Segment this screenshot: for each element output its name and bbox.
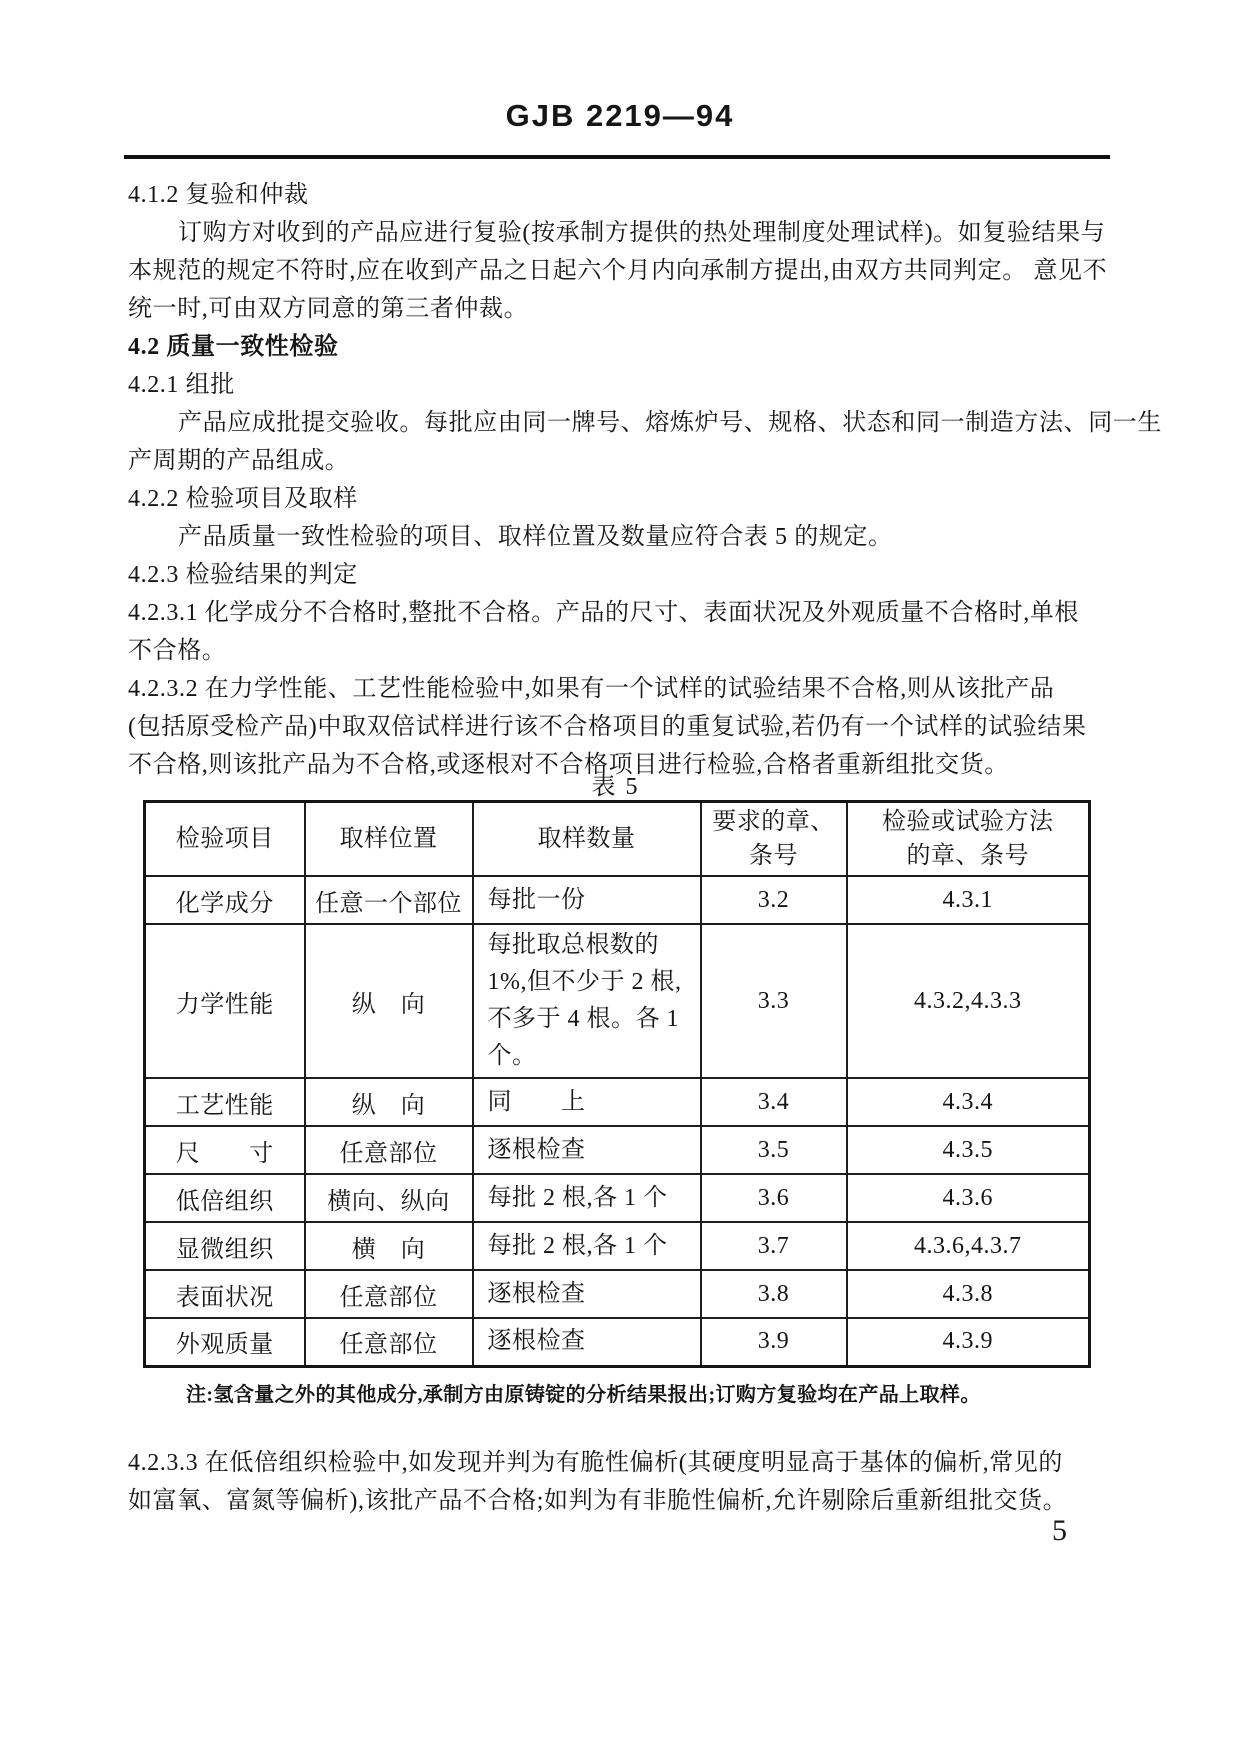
table-cell: 4.3.2,4.3.3 [847,924,1090,1078]
header-rule [124,155,1110,159]
page-number: 5 [1052,1514,1067,1548]
table-row: 尺 寸 任意部位 逐根检查 3.5 4.3.5 [145,1126,1090,1174]
clause-4232-line: 4.2.3.2 在力学性能、工艺性能检验中,如果有一个试样的试验结果不合格,则从… [128,670,1113,708]
paragraph-line: 如富氧、富氮等偏析),该批产品不合格;如判为有非脆性偏析,允许剔除后重新组批交货… [128,1482,1118,1520]
table-cell: 4.3.1 [847,876,1090,924]
section-heading-42: 4.2 质量一致性检验 [128,328,1113,366]
table-cell: 化学成分 [145,876,305,924]
table-cell: 纵 向 [305,924,473,1078]
table-row: 力学性能 纵 向 每批取总根数的 1%,但不少于 2 根,不多于 4 根。各 1… [145,924,1090,1078]
table-cell: 3.8 [701,1270,847,1318]
table-cell: 逐根检查 [473,1270,701,1318]
table-cell: 外观质量 [145,1318,305,1366]
paragraph-line: 产品应成批提交验收。每批应由同一牌号、熔炼炉号、规格、状态和同一制造方法、同一生 [128,404,1113,442]
table-cell: 低倍组织 [145,1174,305,1222]
col-header-method: 检验或试验方法 的章、条号 [847,802,1090,877]
inspection-table: 检验项目 取样位置 取样数量 要求的章、 条号 检验或试验方法 的章、条号 化学… [143,800,1091,1368]
table-cell: 表面状况 [145,1270,305,1318]
table-cell: 3.5 [701,1126,847,1174]
section-heading-422: 4.2.2 检验项目及取样 [128,480,1113,518]
table-cell: 3.3 [701,924,847,1078]
table-cell: 纵 向 [305,1078,473,1126]
section-heading-423: 4.2.3 检验结果的判定 [128,556,1113,594]
col-header-position: 取样位置 [305,802,473,877]
table-cell: 横 向 [305,1222,473,1270]
paragraph-line: 本规范的规定不符时,应在收到产品之日起六个月内向承制方提出,由双方共同判定。 意… [128,252,1113,290]
paragraph-line: 产周期的产品组成。 [128,442,1113,480]
table-cell: 同 上 [473,1078,701,1126]
table-cell: 逐根检查 [473,1126,701,1174]
table-cell: 任意部位 [305,1318,473,1366]
col-header-item: 检验项目 [145,802,305,877]
col-header-requirement: 要求的章、 条号 [701,802,847,877]
table-cell: 3.2 [701,876,847,924]
col-header-quantity: 取样数量 [473,802,701,877]
paragraph-line: (包括原受检产品)中取双倍试样进行该不合格项目的重复试验,若仍有一个试样的试验结… [128,708,1113,746]
table-row: 显微组织 横 向 每批 2 根,各 1 个 3.7 4.3.6,4.3.7 [145,1222,1090,1270]
section-heading-412: 4.1.2 复验和仲裁 [128,176,1113,214]
table-row: 工艺性能 纵 向 同 上 3.4 4.3.4 [145,1078,1090,1126]
table-cell: 3.7 [701,1222,847,1270]
paragraph-line: 统一时,可由双方同意的第三者仲裁。 [128,290,1113,328]
table-cell: 4.3.4 [847,1078,1090,1126]
paragraph-line: 不合格。 [128,632,1113,670]
table-cell: 4.3.5 [847,1126,1090,1174]
table-row: 化学成分 任意一个部位 每批一份 3.2 4.3.1 [145,876,1090,924]
table-cell: 3.6 [701,1174,847,1222]
table-cell: 4.3.8 [847,1270,1090,1318]
table-cell: 4.3.6,4.3.7 [847,1222,1090,1270]
table-cell: 每批取总根数的 1%,但不少于 2 根,不多于 4 根。各 1 个。 [473,924,701,1078]
table-row: 低倍组织 横向、纵向 每批 2 根,各 1 个 3.6 4.3.6 [145,1174,1090,1222]
table-header-row: 检验项目 取样位置 取样数量 要求的章、 条号 检验或试验方法 的章、条号 [145,802,1090,877]
table-caption: 表 5 [143,766,1088,801]
table-footnote: 注:氢含量之外的其他成分,承制方由原铸锭的分析结果报出;订购方复验均在产品上取样… [186,1378,1116,1407]
table-cell: 4.3.9 [847,1318,1090,1366]
table-cell: 任意部位 [305,1270,473,1318]
table-cell: 逐根检查 [473,1318,701,1366]
document-page: GJB 2219—94 4.1.2 复验和仲裁 订购方对收到的产品应进行复验(按… [0,0,1240,1755]
table-cell: 尺 寸 [145,1126,305,1174]
clause-4233-line: 4.2.3.3 在低倍组织检验中,如发现并判为有脆性偏析(其硬度明显高于基体的偏… [128,1444,1118,1482]
table-cell: 4.3.6 [847,1174,1090,1222]
table-cell: 每批 2 根,各 1 个 [473,1222,701,1270]
paragraph-line: 订购方对收到的产品应进行复验(按承制方提供的热处理制度处理试样)。如复验结果与 [128,214,1113,252]
table-cell: 任意一个部位 [305,876,473,924]
table-cell: 每批 2 根,各 1 个 [473,1174,701,1222]
table-cell: 3.4 [701,1078,847,1126]
body-text-block: 4.1.2 复验和仲裁 订购方对收到的产品应进行复验(按承制方提供的热处理制度处… [128,176,1113,784]
closing-text-block: 4.2.3.3 在低倍组织检验中,如发现并判为有脆性偏析(其硬度明显高于基体的偏… [128,1444,1118,1520]
table-cell: 任意部位 [305,1126,473,1174]
table-cell: 横向、纵向 [305,1174,473,1222]
table-cell: 工艺性能 [145,1078,305,1126]
clause-4231-line: 4.2.3.1 化学成分不合格时,整批不合格。产品的尺寸、表面状况及外观质量不合… [128,594,1113,632]
table-cell: 显微组织 [145,1222,305,1270]
section-heading-421: 4.2.1 组批 [128,366,1113,404]
table-row: 表面状况 任意部位 逐根检查 3.8 4.3.8 [145,1270,1090,1318]
doc-code-header: GJB 2219—94 [0,98,1240,134]
table-row: 外观质量 任意部位 逐根检查 3.9 4.3.9 [145,1318,1090,1366]
table-cell: 力学性能 [145,924,305,1078]
table-cell: 每批一份 [473,876,701,924]
table-cell: 3.9 [701,1318,847,1366]
paragraph-line: 产品质量一致性检验的项目、取样位置及数量应符合表 5 的规定。 [128,518,1113,556]
